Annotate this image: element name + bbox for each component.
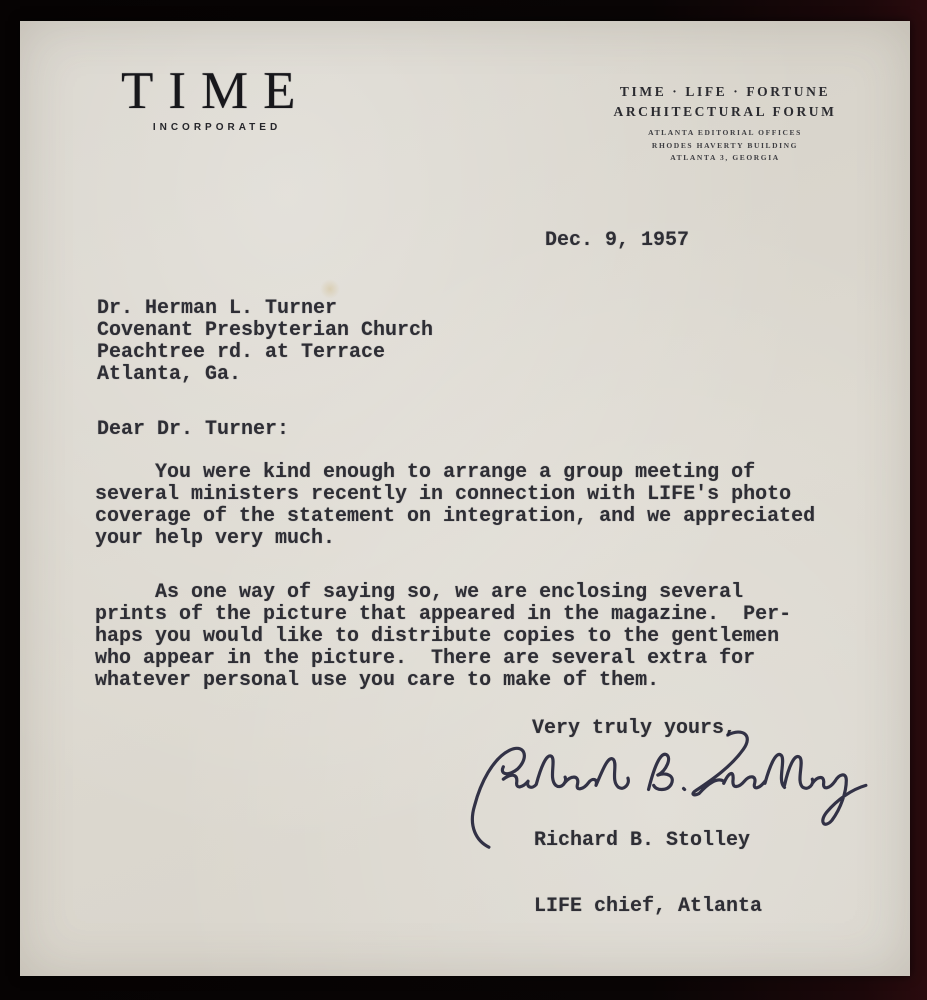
date-line: Dec. 9, 1957 xyxy=(545,230,689,252)
letterhead-address-group: ATLANTA EDITORIAL OFFICES RHODES HAVERTY… xyxy=(583,127,867,165)
signer-block: Richard B. Stolley LIFE chief, Atlanta xyxy=(534,786,762,962)
letterhead-office-line1: ATLANTA EDITORIAL OFFICES xyxy=(583,127,867,140)
letterhead-publications-line: TIME · LIFE · FORTUNE xyxy=(583,82,867,102)
signer-name: Richard B. Stolley xyxy=(534,830,762,852)
body-paragraph-2: As one way of saying so, we are enclosin… xyxy=(95,582,855,692)
scanned-letter-photo: { "letterhead": { "logo_text": "TIME", "… xyxy=(0,0,927,1000)
letterhead-office-line3: ATLANTA 3, GEORGIA xyxy=(583,152,867,165)
recipient-address: Dr. Herman L. Turner Covenant Presbyteri… xyxy=(97,298,433,386)
letterhead-forum-line: ARCHITECTURAL FORUM xyxy=(583,102,867,122)
closing-line: Very truly yours, xyxy=(532,718,736,740)
time-logo: TIME xyxy=(121,61,311,121)
letterhead-office-line2: RHODES HAVERTY BUILDING xyxy=(583,140,867,153)
time-logo-subtitle: INCORPORATED xyxy=(110,122,320,133)
letterhead-office-block: TIME · LIFE · FORTUNE ARCHITECTURAL FORU… xyxy=(583,82,867,165)
salutation: Dear Dr. Turner: xyxy=(97,419,289,441)
letter-paper: TIME INCORPORATED TIME · LIFE · FORTUNE … xyxy=(20,21,910,976)
body-paragraph-1: You were kind enough to arrange a group … xyxy=(95,462,855,550)
signer-title: LIFE chief, Atlanta xyxy=(534,896,762,918)
